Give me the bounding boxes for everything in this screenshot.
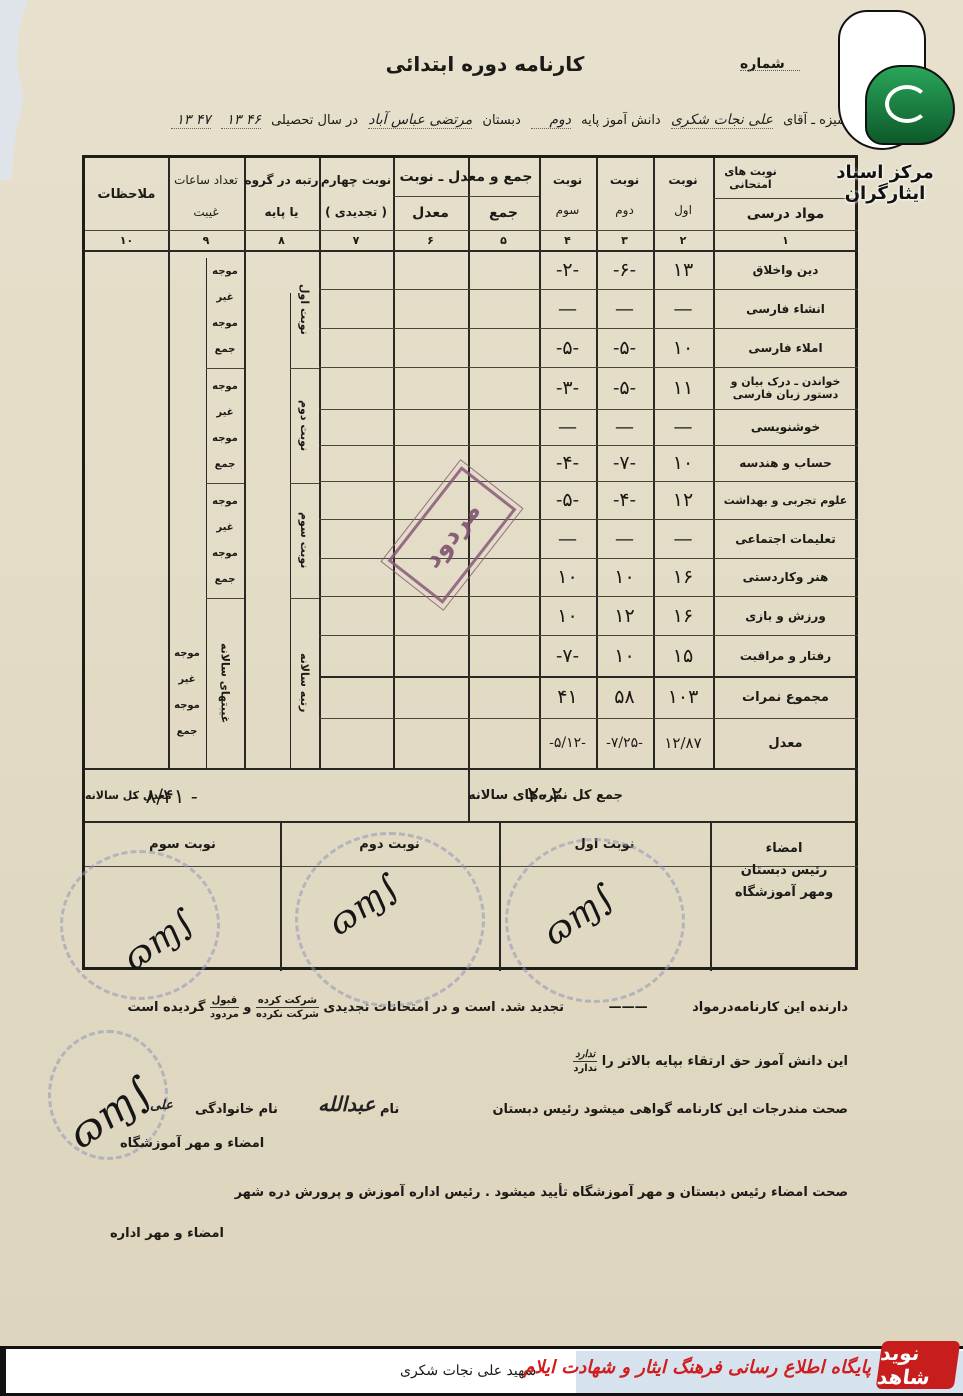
subject-name: املاء فارسی (713, 328, 858, 367)
average-label: معدل (713, 718, 858, 768)
student-name: علی نجات شکری (671, 112, 773, 129)
principal-name-label: نام (380, 1102, 399, 1117)
grade-term2: -۷- (596, 445, 653, 481)
footer-edge (0, 1349, 6, 1393)
principal-family-label: نام خانوادگی (195, 1102, 278, 1117)
grade-term1: ۱۰ (653, 445, 713, 481)
grade-term3: ۱۰ (539, 558, 596, 596)
office-sign-label: امضاء و مهر اداره (110, 1226, 224, 1241)
grade-term2: -۶- (596, 251, 653, 289)
grade-term2: ۱۰ (596, 558, 653, 596)
grade-term2: -۴- (596, 481, 653, 519)
principal-family-value: علی (150, 1098, 173, 1113)
rank-term1-label: نوبت اول (290, 253, 319, 366)
header-term3-a: نوبت (539, 166, 596, 194)
subject-name: رفتار و مراقبت (713, 635, 858, 676)
column-number: ۶ (393, 231, 468, 250)
total-label: مجموع نمرات (713, 676, 858, 718)
footer-bar: شهید علی نجات شکری پایگاه اطلاع رسانی فر… (0, 1346, 963, 1396)
principal-name-value: عبدالله (318, 1092, 375, 1116)
header-absence-a: تعداد ساعات (168, 166, 244, 194)
grade-term2: — (596, 409, 653, 445)
total-term3: ۴۱ (539, 676, 596, 718)
grade-term3: -۲- (539, 251, 596, 289)
subject-name: خواندن ـ درک بیان و دستور زبان فارسی (713, 367, 858, 409)
document-title: کارنامه دوره ابتدائی (370, 52, 600, 76)
school-label: دبستان (482, 113, 520, 128)
rank-annual-label: رتبه سالانه (290, 600, 319, 766)
column-number: ۵ (468, 231, 539, 250)
grade-term1: — (653, 289, 713, 328)
school-seal (295, 832, 485, 1007)
promotion-right: ندارد ندارد (573, 1048, 597, 1075)
school-sign-label: امضاء و مهر آموزشگاه (120, 1136, 264, 1151)
grade-term3: — (539, 409, 596, 445)
grade-term2: — (596, 519, 653, 558)
grade-term1: ۱۰ (653, 328, 713, 367)
annual-avg-value: - ۸/۴۱ - (85, 770, 245, 821)
grade-term3: — (539, 289, 596, 328)
column-number: ۹ (168, 231, 244, 250)
header-rank-a: رتبه در گروه (244, 166, 319, 194)
header-notes: ملاحظات (85, 158, 168, 230)
signature-label: امضاء رئیس دبستان ومهر آموزشگاه (710, 826, 858, 916)
annual-sum-value: ۲۰۲ (485, 770, 605, 821)
grade-term3: -۵- (539, 328, 596, 367)
average-term2: -۷/۲۵- (596, 718, 653, 768)
student-info-line: دوشیزه ـ آقای علی نجات شکری دانش آموز پا… (90, 112, 860, 129)
grade-term2: — (596, 289, 653, 328)
grade-term1: ۱۶ (653, 596, 713, 635)
statement-retake: دارنده این کارنامه‌درمواد ——— تجدید شد. … (128, 994, 848, 1021)
header-term2-a: نوبت (596, 166, 653, 194)
header-term1-b: اول (653, 196, 713, 224)
header-absence-b: غیبت (168, 198, 244, 226)
subject-name: تعلیمات اجتماعی (713, 519, 858, 558)
number-field (740, 70, 800, 71)
header-sum: جمع (468, 196, 539, 230)
grade-value: دوم (531, 112, 571, 129)
average-term1: ۱۲/۸۷ (653, 718, 713, 768)
subject-name: انشاء فارسی (713, 289, 858, 328)
header-term3-b: سوم (539, 196, 596, 224)
header-term1-a: نوبت (653, 166, 713, 194)
grade-term3: ۱۰ (539, 596, 596, 635)
absence-term2-labels: موجه غیر موجه جمع (206, 368, 244, 483)
grade-term3: -۵- (539, 481, 596, 519)
document-page: کارنامه دوره ابتدائی شماره دوشیزه ـ آقای… (0, 0, 963, 1346)
grade-term1: — (653, 519, 713, 558)
absence-annual-labels: موجه غیر موجه جمع (168, 628, 206, 758)
grade-term3: -۳- (539, 367, 596, 409)
subject-name: خوشنویسی (713, 409, 858, 445)
grade-term1: ۱۶ (653, 558, 713, 596)
grade-term3: -۷- (539, 635, 596, 676)
column-number: ۱ (713, 231, 858, 250)
footer-brand-text: پایگاه اطلاع رسانی فرهنگ ایثار و شهادت ا… (523, 1357, 871, 1378)
rank-term3-label: نوبت سوم (290, 485, 319, 596)
column-number: ۴ (539, 231, 596, 250)
subject-name: هنر وکاردستی (713, 558, 858, 596)
grade-term3: -۴- (539, 445, 596, 481)
grade-term2: ۱۰ (596, 635, 653, 676)
subject-name: ورزش و بازی (713, 596, 858, 635)
statement-office-approval: صحت امضاء رئیس دبستان و مهر آموزشگاه تأی… (235, 1185, 848, 1200)
statement-certification: صحت مندرجات این کارنامه گواهی میشود رئیس… (492, 1102, 848, 1117)
navid-shahed-logo: نوید شاهد (876, 1341, 961, 1389)
column-number: ۳ (596, 231, 653, 250)
archive-logo: مرکز اسناد ایثارگران (810, 10, 960, 195)
grade-term2: -۵- (596, 328, 653, 367)
grade-label: دانش آموز پایه (581, 113, 661, 128)
absence-term1-labels: موجه غیر موجه جمع (206, 253, 244, 368)
grade-term2: ۱۲ (596, 596, 653, 635)
footer-caption: شهید علی نجات شکری (400, 1363, 536, 1379)
column-number: ۷ (319, 231, 393, 250)
grade-term2: -۵- (596, 367, 653, 409)
logo-text: مرکز اسناد ایثارگران (810, 162, 960, 204)
grade-term3: — (539, 519, 596, 558)
grade-term1: ۱۳ (653, 251, 713, 289)
leaf-icon (865, 65, 955, 145)
header-term2-b: دوم (596, 196, 653, 224)
subject-name: علوم تجربی و بهداشت (713, 481, 858, 519)
grade-term1: — (653, 409, 713, 445)
subject-name: دین واخلاق (713, 251, 858, 289)
total-term2: ۵۸ (596, 676, 653, 718)
grade-term1: ۱۱ (653, 367, 713, 409)
footer-brand: پایگاه اطلاع رسانی فرهنگ ایثار و شهادت ا… (576, 1351, 963, 1393)
school-value: مرتضی عباس آباد (368, 112, 472, 129)
column-number: ۸ (244, 231, 319, 250)
absence-term3-labels: موجه غیر موجه جمع (206, 483, 244, 598)
header-term4-a: نوبت چهارم (319, 166, 393, 194)
header-rank-b: یا پایه (244, 198, 319, 226)
torn-edge (0, 0, 28, 180)
total-term1: ۱۰۳ (653, 676, 713, 718)
grade-term1: ۱۲ (653, 481, 713, 519)
header-avg: معدل (393, 196, 468, 230)
subject-name: حساب و هندسه (713, 445, 858, 481)
rank-term2-label: نوبت دوم (290, 370, 319, 481)
year-to: ۴۷ ۱۳ (171, 112, 211, 129)
year-label: در سال تحصیلی (271, 113, 358, 128)
average-term3: -۵/۱۲- (539, 718, 596, 768)
grade-term1: ۱۵ (653, 635, 713, 676)
statement-promotion: این دانش آموز حق ارتقاء بپایه بالاتر را … (573, 1048, 848, 1075)
annual-absence-label: غیبتهای سالانه (206, 608, 244, 758)
retake-result: قبول مردود (210, 994, 239, 1021)
header-sum-avg: جمع و معدل ـ نوبت (393, 158, 539, 196)
column-number: ۱۰ (85, 231, 168, 250)
header-term4-b: ( تجدیدی ) (319, 198, 393, 226)
column-number: ۲ (653, 231, 713, 250)
retake-participation: شرکت کرده شرکت نکرده (256, 994, 319, 1021)
year-from: ۴۶ ۱۳ (221, 112, 261, 129)
